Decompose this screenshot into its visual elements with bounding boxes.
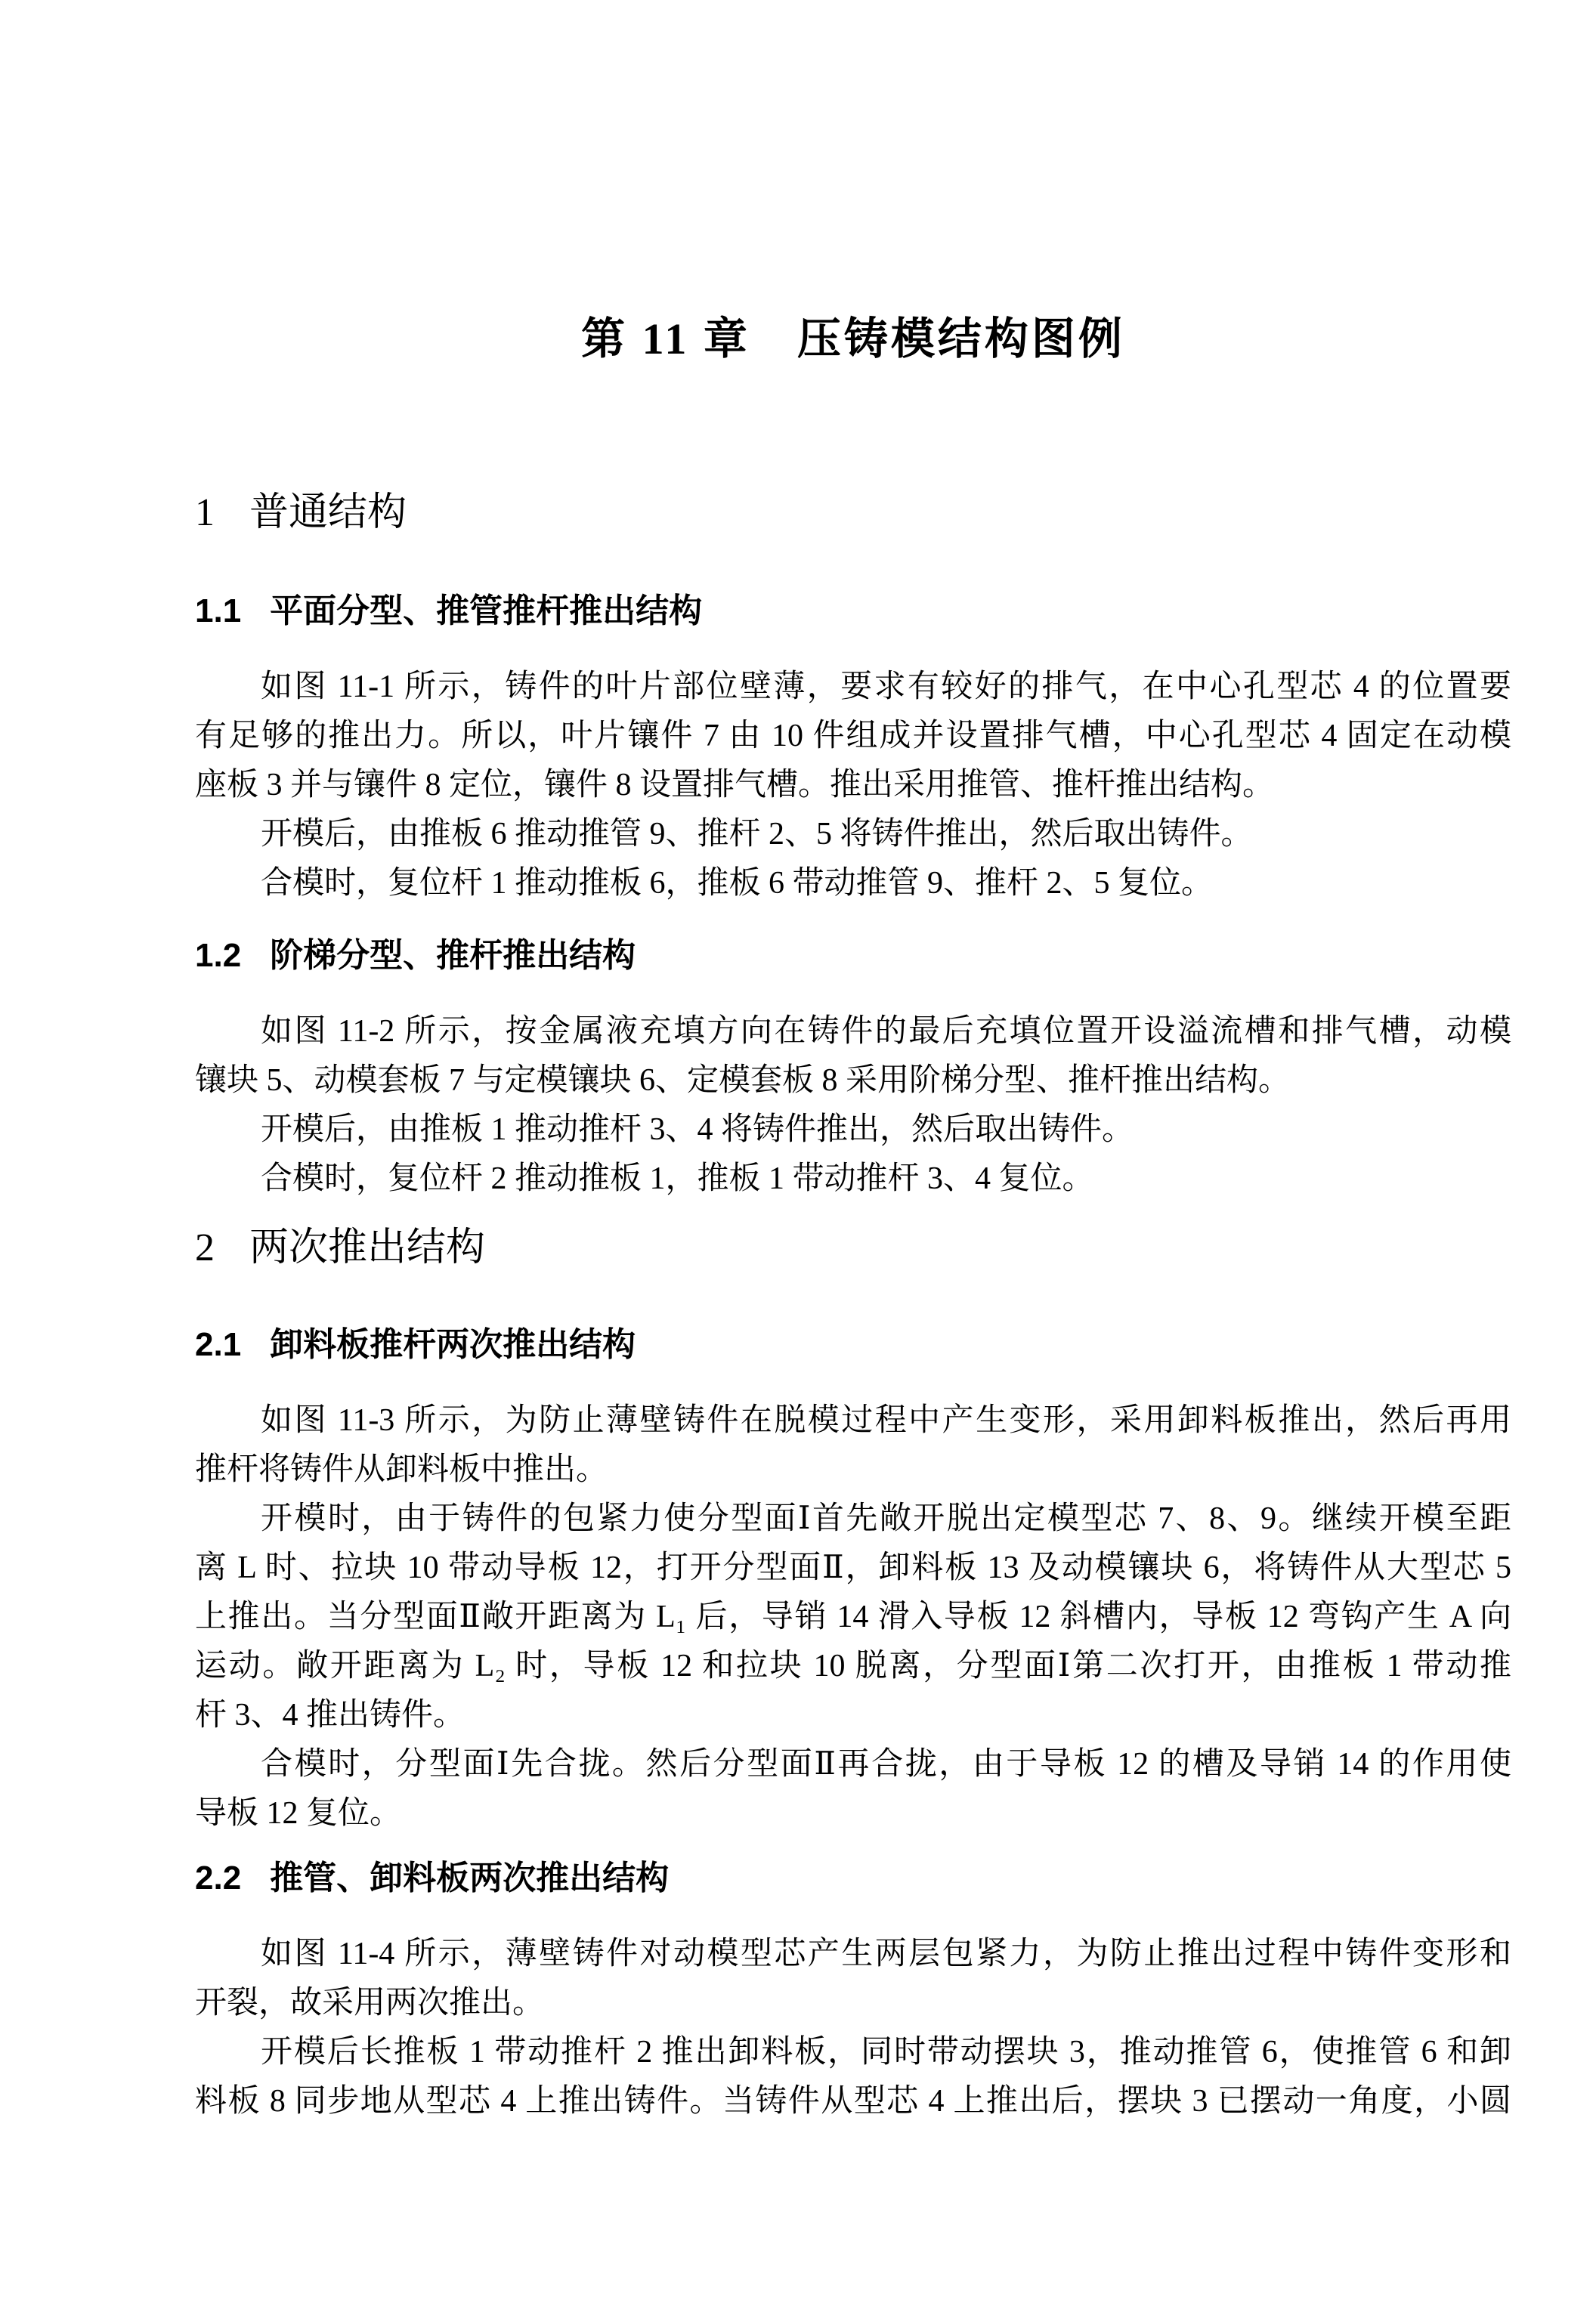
subsection-title: 卸料板推杆两次推出结构 [270, 1326, 636, 1363]
text-line: 上推出。当分型面Ⅱ敞开距离为 L₁ 后，导销 14 滑入导板 12 斜槽内，导板… [195, 1593, 1511, 1642]
text-line: 如图 11-2 所示，按金属液充填方向在铸件的最后充填位置开设溢流槽和排气槽，动… [195, 1007, 1511, 1056]
text-line: 料板 8 同步地从型芯 4 上推出铸件。当铸件从型芯 4 上推出后，摆块 3 已… [195, 2077, 1511, 2126]
text-line: 开裂，故采用两次推出。 [195, 1979, 1511, 2028]
paragraph: 如图 11-1 所示，铸件的叶片部位壁薄，要求有较好的排气，在中心孔型芯 4 的… [195, 663, 1511, 810]
subsection-title: 平面分型、推管推杆推出结构 [270, 592, 702, 629]
section-title: 两次推出结构 [249, 1226, 485, 1269]
paragraph: 如图 11-4 所示，薄壁铸件对动模型芯产生两层包紧力，为防止推出过程中铸件变形… [195, 1930, 1511, 2028]
paragraph: 如图 11-2 所示，按金属液充填方向在铸件的最后充填位置开设溢流槽和排气槽，动… [195, 1007, 1511, 1105]
text-line: 如图 11-1 所示，铸件的叶片部位壁薄，要求有较好的排气，在中心孔型芯 4 的… [195, 663, 1511, 712]
subsection-title: 阶梯分型、推杆推出结构 [270, 937, 636, 974]
paragraph: 合模时，分型面Ⅰ先合拢。然后分型面Ⅱ再合拢，由于导板 12 的槽及导销 14 的… [195, 1740, 1511, 1838]
text-line: 开模后，由推板 1 推动推杆 3、4 将铸件推出，然后取出铸件。 [195, 1105, 1511, 1155]
document-page: 第 11 章 压铸模结构图例 1普通结构 1.1平面分型、推管推杆推出结构 如图… [0, 0, 1596, 2297]
subsection-1-1-heading: 1.1平面分型、推管推杆推出结构 [195, 593, 1511, 629]
text-line: 如图 11-4 所示，薄壁铸件对动模型芯产生两层包紧力，为防止推出过程中铸件变形… [195, 1930, 1511, 1979]
text-line: 合模时，复位杆 2 推动推板 1，推板 1 带动推杆 3、4 复位。 [195, 1155, 1511, 1204]
paragraph: 开模时，由于铸件的包紧力使分型面Ⅰ首先敞开脱出定模型芯 7、8、9。继续开模至距… [195, 1495, 1511, 1740]
text-line: 如图 11-3 所示，为防止薄壁铸件在脱模过程中产生变形，采用卸料板推出，然后再… [195, 1396, 1511, 1445]
text-line: 开模时，由于铸件的包紧力使分型面Ⅰ首先敞开脱出定模型芯 7、8、9。继续开模至距 [195, 1495, 1511, 1544]
subsection-number: 1.2 [195, 938, 241, 974]
paragraph: 合模时，复位杆 2 推动推板 1，推板 1 带动推杆 3、4 复位。 [195, 1155, 1511, 1204]
chapter-title: 第 11 章 压铸模结构图例 [195, 316, 1511, 363]
text-line: 推杆将铸件从卸料板中推出。 [195, 1445, 1511, 1495]
section-number: 2 [195, 1226, 215, 1270]
text-line: 座板 3 并与镶件 8 定位，镶件 8 设置排气槽。推出采用推管、推杆推出结构。 [195, 761, 1511, 810]
text-line: 开模后，由推板 6 推动推管 9、推杆 2、5 将铸件推出，然后取出铸件。 [195, 810, 1511, 859]
subsection-title: 推管、卸料板两次推出结构 [270, 1860, 669, 1897]
section-number: 1 [195, 491, 215, 535]
paragraph: 如图 11-3 所示，为防止薄壁铸件在脱模过程中产生变形，采用卸料板推出，然后再… [195, 1396, 1511, 1495]
subsection-2-2-heading: 2.2推管、卸料板两次推出结构 [195, 1860, 1511, 1897]
paragraph: 开模后长推板 1 带动推杆 2 推出卸料板，同时带动摆块 3，推动推管 6，使推… [195, 2028, 1511, 2126]
text-line: 合模时，分型面Ⅰ先合拢。然后分型面Ⅱ再合拢，由于导板 12 的槽及导销 14 的… [195, 1740, 1511, 1789]
text-line: 有足够的推出力。所以，叶片镶件 7 由 10 件组成并设置排气槽，中心孔型芯 4… [195, 712, 1511, 761]
text-line: 导板 12 复位。 [195, 1789, 1511, 1838]
subsection-2-1-heading: 2.1卸料板推杆两次推出结构 [195, 1327, 1511, 1363]
text-line: 开模后长推板 1 带动推杆 2 推出卸料板，同时带动摆块 3，推动推管 6，使推… [195, 2028, 1511, 2077]
subsection-number: 2.1 [195, 1327, 241, 1363]
paragraph: 开模后，由推板 1 推动推杆 3、4 将铸件推出，然后取出铸件。 [195, 1105, 1511, 1155]
text-line: 杆 3、4 推出铸件。 [195, 1691, 1511, 1740]
text-line: 离 L 时、拉块 10 带动导板 12，打开分型面Ⅱ，卸料板 13 及动模镶块 … [195, 1544, 1511, 1593]
text-line: 镶块 5、动模套板 7 与定模镶块 6、定模套板 8 采用阶梯分型、推杆推出结构… [195, 1056, 1511, 1105]
section-2-heading: 2两次推出结构 [195, 1226, 1511, 1270]
section-title: 普通结构 [249, 491, 407, 534]
subsection-number: 2.2 [195, 1860, 241, 1897]
subsection-1-2-heading: 1.2阶梯分型、推杆推出结构 [195, 938, 1511, 974]
page-content: 第 11 章 压铸模结构图例 1普通结构 1.1平面分型、推管推杆推出结构 如图… [195, 0, 1511, 2126]
paragraph: 开模后，由推板 6 推动推管 9、推杆 2、5 将铸件推出，然后取出铸件。 [195, 810, 1511, 859]
text-line: 合模时，复位杆 1 推动推板 6，推板 6 带动推管 9、推杆 2、5 复位。 [195, 859, 1511, 908]
subsection-number: 1.1 [195, 593, 241, 629]
paragraph: 合模时，复位杆 1 推动推板 6，推板 6 带动推管 9、推杆 2、5 复位。 [195, 859, 1511, 908]
section-1-heading: 1普通结构 [195, 491, 1511, 535]
text-line: 运动。敞开距离为 L₂ 时，导板 12 和拉块 10 脱离，分型面Ⅰ第二次打开，… [195, 1642, 1511, 1691]
